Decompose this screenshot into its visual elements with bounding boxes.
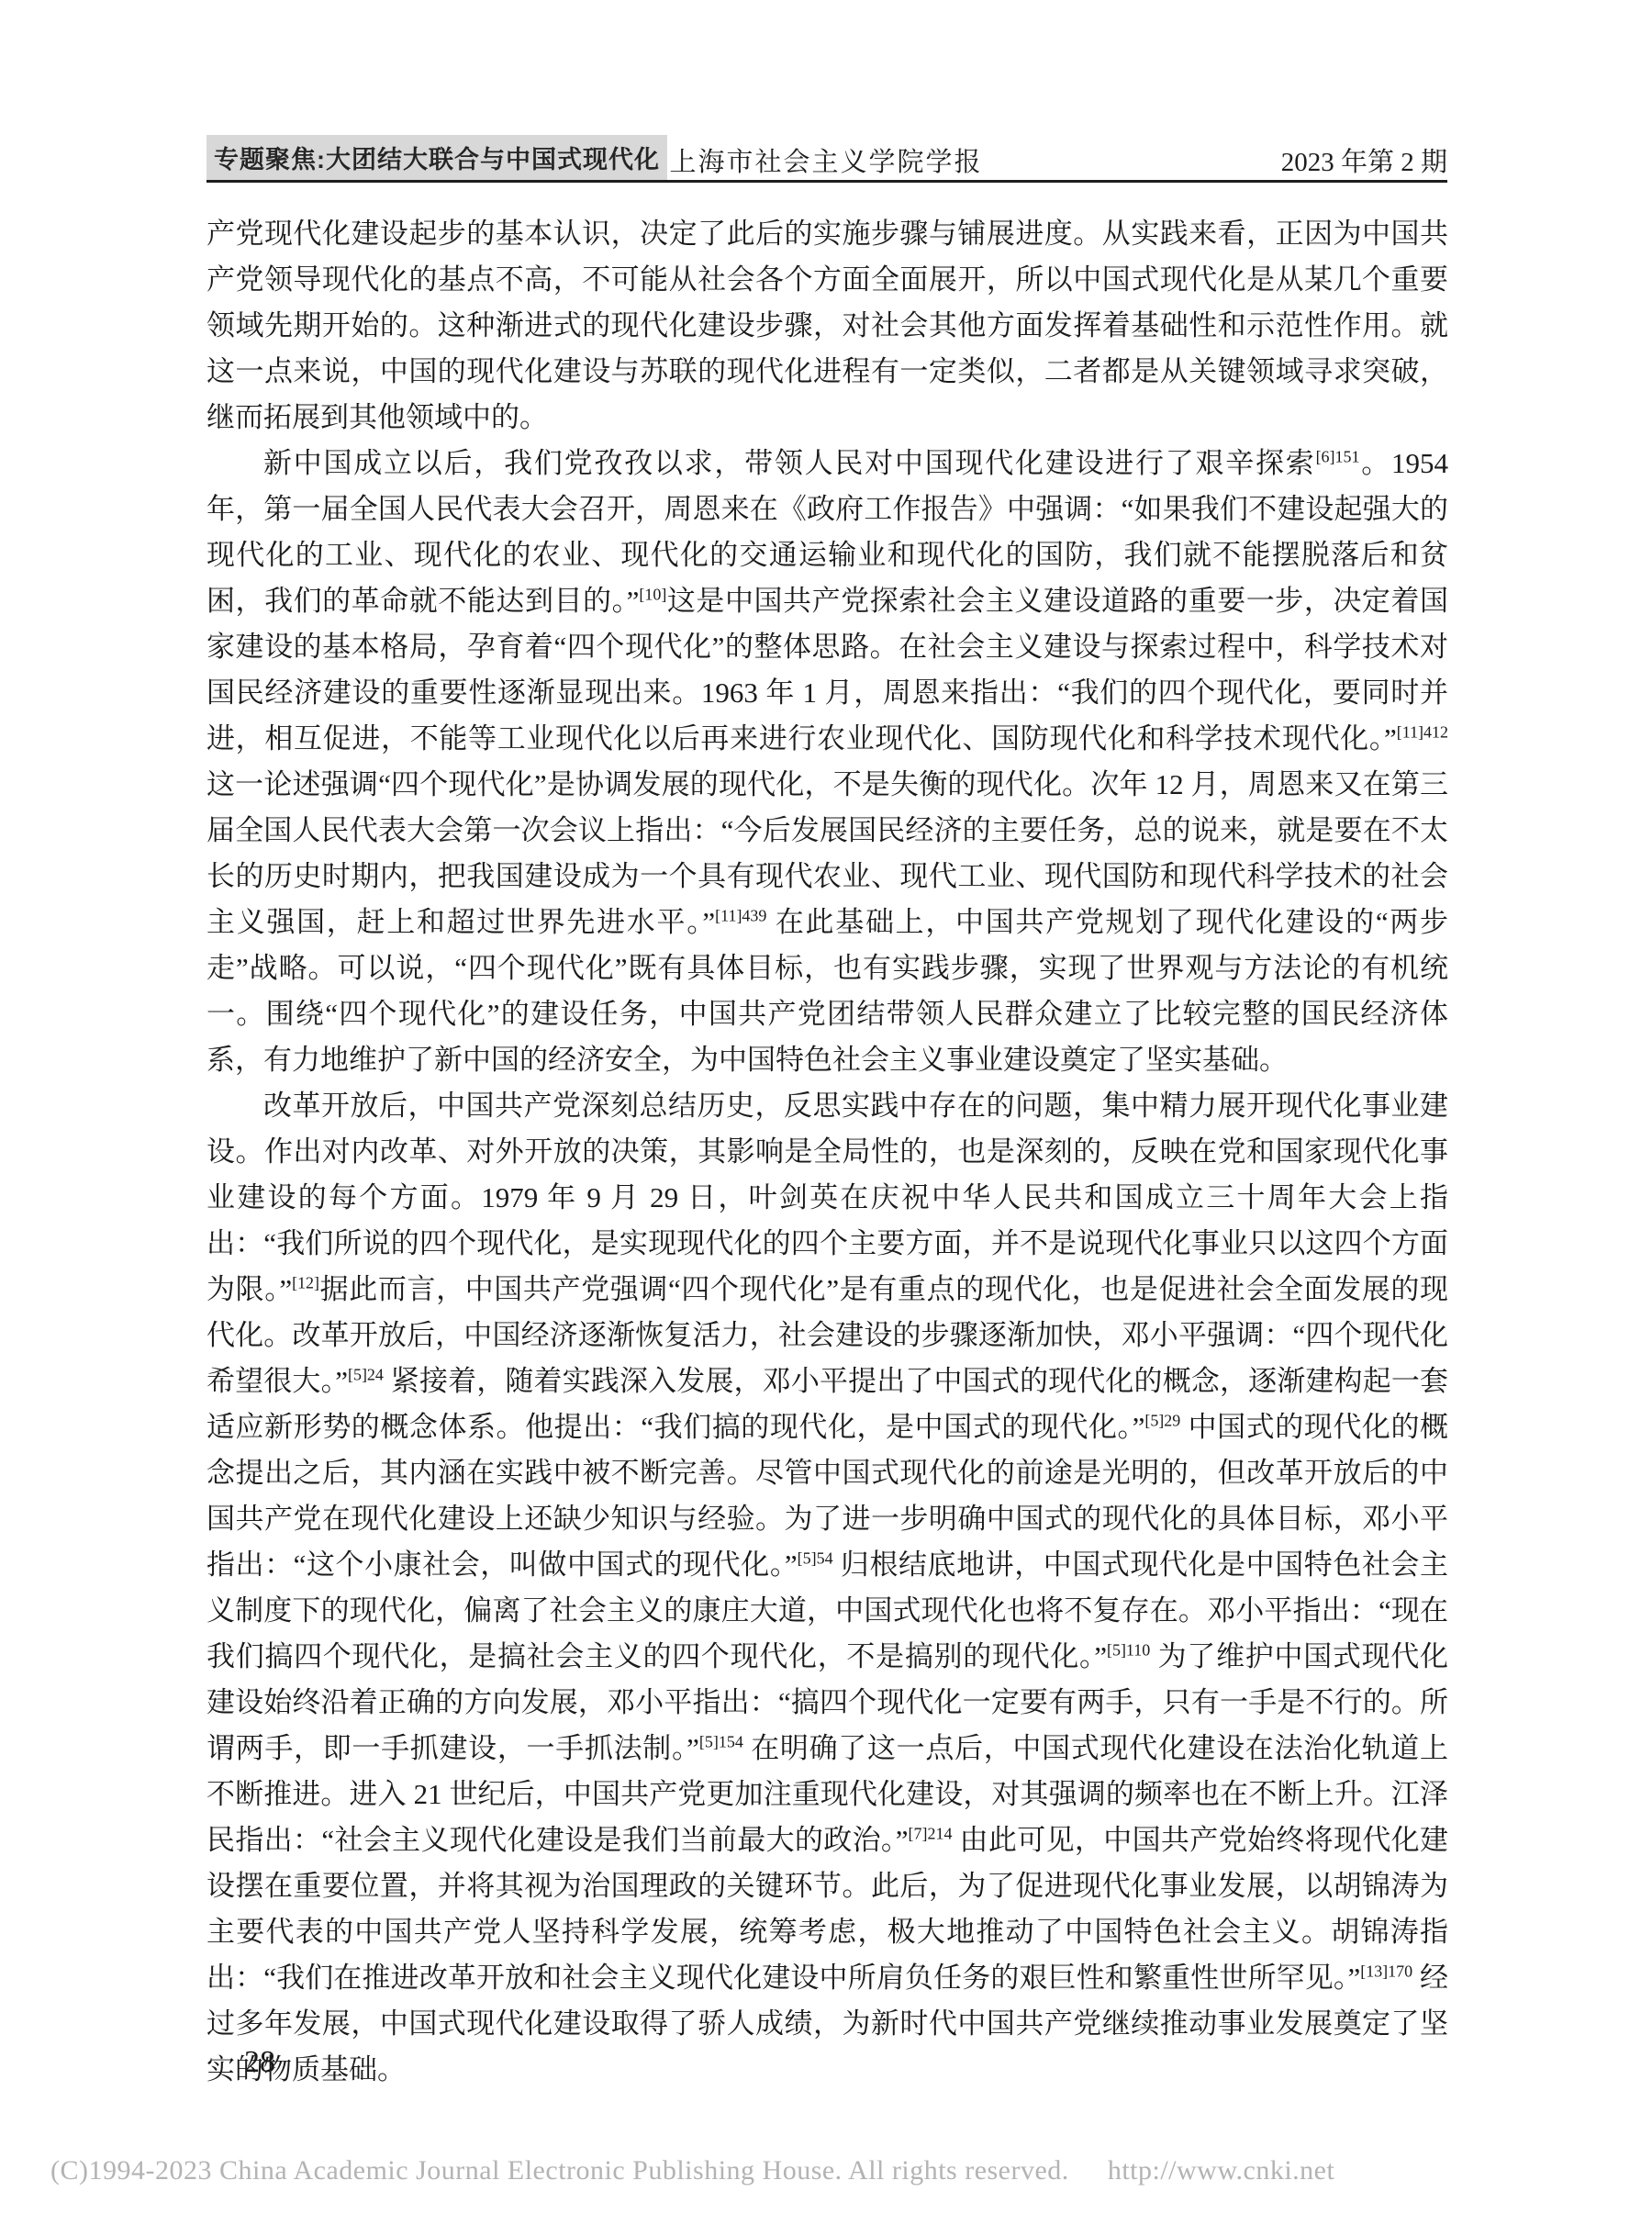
page-number: 28 [244, 2045, 275, 2080]
issue-label: 2023 年第 2 期 [1281, 141, 1447, 179]
citation-ref: [10] [639, 586, 666, 604]
citation-ref: [7]214 [909, 1825, 953, 1843]
body-paragraph: 改革开放后，中国共产党深刻总结历史，反思实践中存在的问题，集中精力展开现代化事业… [206, 1083, 1448, 2093]
copyright-text: (C)1994-2023 China Academic Journal Elec… [50, 2155, 1069, 2186]
citation-ref: [11]412 [1397, 723, 1448, 742]
body-paragraph: 产党现代化建设起步的基本认识，决定了此后的实施步骤与铺展进度。从实践来看，正因为… [206, 211, 1448, 441]
citation-ref: [6]151 [1316, 448, 1360, 466]
citation-ref: [5]29 [1144, 1412, 1180, 1430]
citation-ref: [5]54 [798, 1549, 833, 1568]
copyright-footer: (C)1994-2023 China Academic Journal Elec… [50, 2155, 1334, 2186]
journal-page: 专题聚焦:大团结大联合与中国式现代化 上海市社会主义学院学报 2023 年第 2… [0, 0, 1652, 2225]
text-run: 新中国成立以后，我们党孜孜以求，带领人民对中国现代化建设进行了艰辛探索 [263, 447, 1316, 479]
citation-ref: [13]170 [1360, 1962, 1412, 1981]
citation-ref: [5]24 [348, 1366, 384, 1384]
header-rule [206, 180, 1447, 183]
citation-ref: [12] [292, 1274, 319, 1292]
cnki-url: http://www.cnki.net [1108, 2155, 1335, 2186]
body-paragraph: 新中国成立以后，我们党孜孜以求，带领人民对中国现代化建设进行了艰辛探索[6]15… [206, 441, 1448, 1083]
citation-ref: [5]154 [699, 1733, 743, 1751]
citation-ref: [5]110 [1107, 1641, 1150, 1660]
citation-ref: [11]439 [715, 907, 766, 925]
article-body: 产党现代化建设起步的基本认识，决定了此后的实施步骤与铺展进度。从实践来看，正因为… [206, 211, 1448, 2093]
text-run: 产党现代化建设起步的基本认识，决定了此后的实施步骤与铺展进度。从实践来看，正因为… [206, 218, 1448, 433]
